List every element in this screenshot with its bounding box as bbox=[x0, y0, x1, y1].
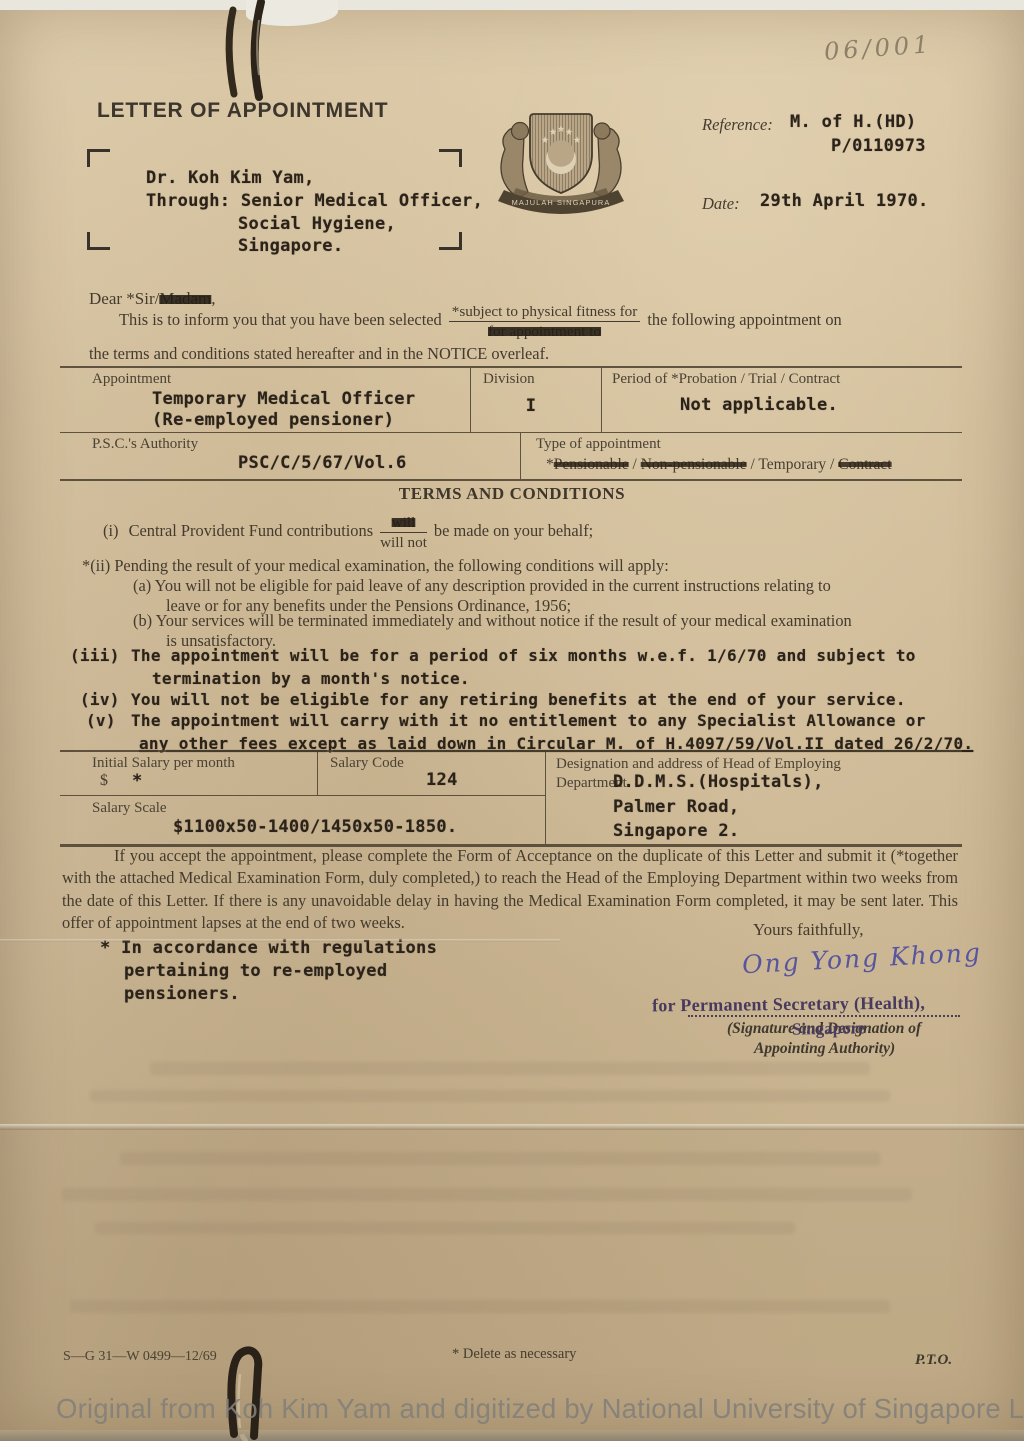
term-ii: *(ii) Pending the result of your medical… bbox=[82, 556, 669, 576]
terms-heading: TERMS AND CONDITIONS bbox=[0, 484, 1024, 504]
intro-line2: the terms and conditions stated hereafte… bbox=[89, 344, 549, 364]
term-i-text-b: be made on your behalf; bbox=[434, 521, 593, 540]
form-code: S—G 31—W 0499—12/69 bbox=[63, 1349, 217, 1365]
signature-handwritten: Ong Yong Khong bbox=[741, 938, 982, 980]
recipient-line: Dr. Koh Kim Yam, bbox=[146, 168, 315, 188]
psc-authority-cell: P.S.C.'s Authority PSC/C/5/67/Vol.6 bbox=[60, 433, 521, 479]
initial-salary-label: Initial Salary per month bbox=[60, 752, 317, 772]
intro-end: the following appointment on bbox=[647, 310, 841, 329]
appointment-type-cell: Type of appointment *Pensionable / Non-p… bbox=[521, 433, 962, 479]
division-value: I bbox=[471, 396, 591, 416]
signature-caption-line2: Appointing Authority) bbox=[754, 1040, 895, 1058]
division-label: Division bbox=[471, 368, 601, 388]
reference-value-line2: P/0110973 bbox=[831, 136, 926, 156]
salary-code-value: 124 bbox=[426, 770, 458, 790]
term-v-line1: The appointment will carry with it no en… bbox=[131, 711, 926, 730]
type-option-temporary: Temporary bbox=[758, 456, 826, 473]
digitization-watermark: Original from Koh Kim Yam and digitized … bbox=[56, 1393, 1016, 1425]
scanned-letter-page: 06/001 LETTER OF APPOINTMENT MAJULAH SIN… bbox=[0, 0, 1024, 1441]
type-option-nonpensionable-struck: Non-pensionable bbox=[641, 456, 747, 473]
recipient-line: Social Hygiene, bbox=[238, 214, 396, 234]
page-title: LETTER OF APPOINTMENT bbox=[97, 99, 388, 123]
term-i: (i) Central Provident Fund contributions… bbox=[103, 514, 593, 551]
employing-department-cell: Designation and address of Head of Emplo… bbox=[545, 752, 962, 844]
cpf-fraction-bottom: will not bbox=[380, 533, 427, 551]
term-iii-line2: termination by a month's notice. bbox=[152, 669, 470, 688]
intro-line1: This is to inform you that you have been… bbox=[119, 303, 842, 340]
psc-authority-label: P.S.C.'s Authority bbox=[60, 433, 520, 453]
appointment-type-options: *Pensionable / Non-pensionable / Tempora… bbox=[546, 456, 892, 474]
probation-period-cell: Period of *Probation / Trial / Contract … bbox=[602, 368, 962, 432]
appointment-cell: Appointment Temporary Medical Officer (R… bbox=[60, 368, 471, 432]
address-bracket-top-left bbox=[87, 149, 110, 167]
division-cell: Division I bbox=[471, 368, 602, 432]
type-option-pensionable-struck: Pensionable bbox=[554, 456, 629, 473]
term-iv-line: You will not be eligible for any retirin… bbox=[131, 690, 906, 709]
term-i-number: (i) bbox=[103, 521, 118, 540]
appointment-table: Appointment Temporary Medical Officer (R… bbox=[60, 366, 962, 481]
psc-authority-value: PSC/C/5/67/Vol.6 bbox=[238, 453, 407, 473]
initial-salary-cell: Initial Salary per month $ * bbox=[60, 752, 318, 796]
stamp-line2: Singapore bbox=[792, 1018, 866, 1039]
employing-department-line2: Palmer Road, bbox=[613, 797, 739, 817]
appointment-table-row1: Appointment Temporary Medical Officer (R… bbox=[60, 368, 962, 433]
type-option-contract-struck: Contract bbox=[838, 456, 891, 473]
appointment-table-row2: P.S.C.'s Authority PSC/C/5/67/Vol.6 Type… bbox=[60, 433, 962, 481]
intro-fraction-top: *subject to physical fitness for bbox=[449, 303, 641, 322]
intro-fraction-bottom-struck: for appointment to bbox=[449, 322, 641, 340]
valediction: Yours faithfully, bbox=[753, 920, 864, 940]
probation-period-value: Not applicable. bbox=[680, 395, 838, 415]
address-bracket-top-right bbox=[439, 149, 462, 167]
address-bracket-bottom-left bbox=[87, 232, 110, 250]
cpf-will-fraction: willwill not bbox=[380, 514, 427, 551]
crest-motto: MAJULAH SINGAPURA bbox=[512, 198, 611, 207]
scan-top-edge bbox=[0, 0, 1024, 10]
appointment-value-2: (Re-employed pensioner) bbox=[152, 410, 394, 430]
reference-label: Reference: bbox=[702, 115, 773, 135]
probation-period-label: Period of *Probation / Trial / Contract bbox=[602, 368, 962, 388]
staple-mark-top bbox=[195, 0, 315, 105]
employing-department-line1: D.D.M.S.(Hospitals), bbox=[613, 772, 824, 792]
term-ii-a-line1: (a) You will not be eligible for paid le… bbox=[133, 576, 831, 596]
handwritten-reference: 06/001 bbox=[823, 30, 933, 65]
recipient-line: Singapore. bbox=[238, 236, 343, 256]
footnote-line1: * In accordance with regulations bbox=[100, 938, 437, 958]
term-iii-line1: The appointment will be for a period of … bbox=[131, 646, 916, 665]
term-ii-b-line1: (b) Your services will be terminated imm… bbox=[133, 611, 852, 631]
salary-scale-label: Salary Scale bbox=[60, 796, 545, 817]
term-iii-number: (iii) bbox=[70, 646, 120, 665]
appointment-type-label: Type of appointment bbox=[521, 433, 962, 453]
term-iv-number: (iv) bbox=[80, 690, 120, 709]
footnote-line2: pertaining to re-employed bbox=[124, 961, 387, 981]
date-label: Date: bbox=[702, 194, 740, 214]
singapore-coat-of-arms-icon: MAJULAH SINGAPURA bbox=[486, 102, 636, 220]
bleed-through-mark bbox=[90, 1090, 890, 1102]
signature-dotted-line bbox=[688, 1003, 960, 1017]
term-v-number: (v) bbox=[86, 711, 116, 730]
address-bracket-bottom-right bbox=[439, 232, 462, 250]
footnote-line3: pensioners. bbox=[124, 984, 240, 1004]
appointment-value: Temporary Medical Officer bbox=[152, 389, 415, 409]
salary-scale-cell: Salary Scale $1100x50-1400/1450x50-1850. bbox=[60, 796, 545, 844]
bleed-through-mark bbox=[150, 1062, 870, 1075]
date-value: 29th April 1970. bbox=[760, 191, 929, 211]
term-i-text: Central Provident Fund contributions bbox=[129, 521, 373, 540]
salary-table: Initial Salary per month $ * Salary Code… bbox=[60, 750, 962, 847]
initial-salary-asterisk: * bbox=[132, 771, 143, 791]
appointment-label: Appointment bbox=[60, 368, 470, 388]
salary-scale-value: $1100x50-1400/1450x50-1850. bbox=[173, 817, 457, 837]
intro-start: This is to inform you that you have been… bbox=[119, 310, 442, 329]
delete-as-necessary-note: * Delete as necessary bbox=[452, 1346, 576, 1363]
initial-salary-currency: $ bbox=[100, 772, 108, 790]
employing-department-line3: Singapore 2. bbox=[613, 821, 739, 841]
reference-value-line1: M. of H.(HD) bbox=[790, 112, 916, 132]
cpf-fraction-top-struck: will bbox=[380, 514, 427, 533]
pto-note: P.T.O. bbox=[915, 1352, 952, 1369]
intro-alternative-fraction: *subject to physical fitness forfor appo… bbox=[449, 303, 641, 340]
salary-code-label: Salary Code bbox=[318, 752, 545, 772]
recipient-line: Through: Senior Medical Officer, bbox=[146, 191, 483, 211]
salary-code-cell: Salary Code 124 bbox=[318, 752, 545, 796]
